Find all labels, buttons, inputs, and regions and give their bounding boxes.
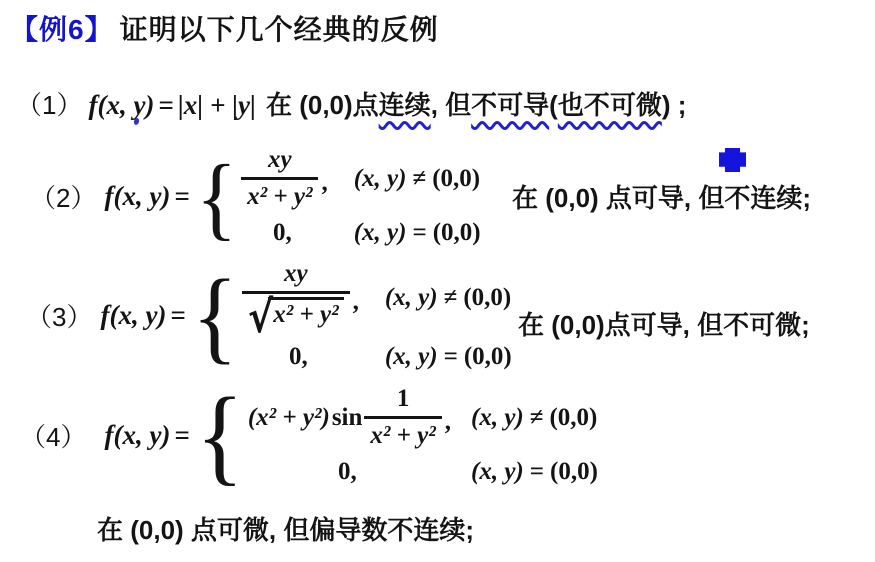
condition-vars: (x, y): [354, 219, 407, 247]
item-3-label: （3）: [26, 297, 92, 334]
item-3: （3） f(x, y) = { xy √x² + y² , (x, y)≠(0,…: [26, 260, 512, 371]
statement-text: (: [549, 90, 558, 120]
not-equal-sign: ≠: [524, 404, 550, 432]
title-text: 证明以下几个经典的反例: [120, 14, 439, 45]
case-2-expression: 0,: [289, 343, 312, 371]
cases-brace: {: [192, 264, 238, 368]
denominator: √x² + y²: [242, 294, 350, 335]
item-4-statement: 在 (0,0) 点可微, 但偏导数不连续;: [97, 510, 474, 547]
condition-value: (0,0): [549, 404, 597, 432]
prefix-factor: (x² + y²): [248, 404, 330, 432]
equals-sign: =: [154, 90, 177, 120]
sqrt-icon: √: [248, 295, 273, 339]
comma: ,: [321, 169, 327, 197]
comma: ,: [445, 408, 451, 436]
statement-text: 在 (0,0)点: [266, 90, 379, 120]
zero-value: 0,: [273, 219, 296, 247]
function-lhs: f(x, y): [100, 300, 166, 331]
equals-sign: =: [170, 420, 193, 451]
denominator: x² + y²: [364, 419, 441, 450]
equal-sign: =: [406, 219, 432, 247]
denominator: x² + y²: [241, 180, 318, 211]
case-1-condition: (x, y)≠(0,0): [385, 284, 511, 312]
fraction: xy x² + y²: [241, 146, 318, 211]
case-1-condition: (x, y)≠(0,0): [471, 404, 597, 432]
condition-vars: (x, y): [385, 284, 438, 312]
case-2-expression: 0,: [273, 219, 296, 247]
case-1-condition: (x, y)≠(0,0): [354, 165, 480, 193]
zero-value: 0,: [338, 458, 361, 486]
condition-value: (0,0): [463, 284, 511, 312]
item-2-label: （2）: [30, 178, 96, 215]
radicand: x² + y²: [268, 297, 343, 329]
case-1-expression: (x² + y²) sin 1 x² + y² ,: [248, 385, 451, 450]
slide: 【例6】证明以下几个经典的反例 （1） f(x, y)=|x| + |y| 在 …: [0, 0, 875, 562]
condition-value: (0,0): [432, 165, 480, 193]
function-lhs: f(x, y): [104, 181, 170, 212]
example-tag: 【例6】: [10, 14, 114, 45]
item-1: （1） f(x, y)=|x| + |y| 在 (0,0)点连续, 但不可导(也…: [16, 86, 686, 125]
numerator: xy: [242, 260, 350, 294]
page-title: 【例6】证明以下几个经典的反例: [10, 8, 439, 48]
item-1-formula: f(x, y)=|x| + |y|: [88, 86, 256, 125]
abs-expression: |x| + |y|: [178, 90, 256, 120]
item-2: （2） f(x, y) = { xy x² + y² , (x, y)≠(0,0…: [30, 146, 481, 247]
cases-brace: {: [196, 382, 244, 490]
numerator: xy: [241, 146, 318, 180]
piecewise-cases: xy √x² + y² , (x, y)≠(0,0) 0, (x, y)=(0,…: [242, 260, 512, 371]
underlined-not-differentiable: 也不可微: [558, 90, 662, 120]
equal-sign: =: [524, 458, 550, 486]
sin-function: sin: [332, 404, 363, 432]
case-2-condition: (x, y)=(0,0): [385, 343, 512, 371]
not-equal-sign: ≠: [438, 284, 464, 312]
statement-text: ) ;: [662, 90, 687, 120]
condition-value: (0,0): [550, 458, 598, 486]
case-2-condition: (x, y)=(0,0): [354, 219, 481, 247]
function-lhs: f(x, y): [88, 90, 154, 120]
item-3-statement: 在 (0,0)点可导, 但不可微;: [518, 305, 810, 342]
equals-sign: =: [170, 181, 193, 212]
equals-sign: =: [166, 300, 189, 331]
numerator: 1: [364, 385, 441, 419]
condition-value: (0,0): [464, 343, 512, 371]
equal-sign: =: [438, 343, 464, 371]
piecewise-cases: (x² + y²) sin 1 x² + y² , (x, y)≠(0,0) 0…: [248, 385, 598, 486]
statement-text: , 但: [431, 90, 471, 120]
case-1-expression: xy √x² + y² ,: [242, 260, 359, 335]
item-1-label: （1）: [16, 87, 82, 125]
item-2-statement: 在 (0,0) 点可导, 但不连续;: [512, 178, 811, 215]
item-4-label: （4）: [20, 417, 86, 454]
item-4: （4） f(x, y) = { (x² + y²) sin 1 x² + y² …: [20, 385, 598, 486]
piecewise-cases: xy x² + y² , (x, y)≠(0,0) 0, (x, y)=(0,0…: [241, 146, 481, 247]
case-2-expression: 0,: [338, 458, 361, 486]
condition-vars: (x, y): [354, 165, 407, 193]
fraction: 1 x² + y²: [364, 385, 441, 450]
condition-vars: (x, y): [471, 458, 524, 486]
zero-value: 0,: [289, 343, 312, 371]
function-lhs: f(x, y): [104, 420, 170, 451]
underlined-continuous: 连续: [379, 90, 431, 120]
condition-value: (0,0): [433, 219, 481, 247]
underlined-not-derivable: 不可导: [471, 90, 549, 120]
item-1-statement: 在 (0,0)点连续, 但不可导(也不可微) ;: [266, 87, 686, 125]
cases-brace: {: [196, 150, 237, 243]
case-1-expression: xy x² + y² ,: [241, 146, 328, 211]
fraction: xy √x² + y²: [242, 260, 350, 335]
condition-vars: (x, y): [385, 343, 438, 371]
condition-vars: (x, y): [471, 404, 524, 432]
comma: ,: [353, 288, 359, 316]
case-2-condition: (x, y)=(0,0): [471, 458, 598, 486]
blue-square-marker: [719, 148, 746, 172]
not-equal-sign: ≠: [406, 165, 432, 193]
